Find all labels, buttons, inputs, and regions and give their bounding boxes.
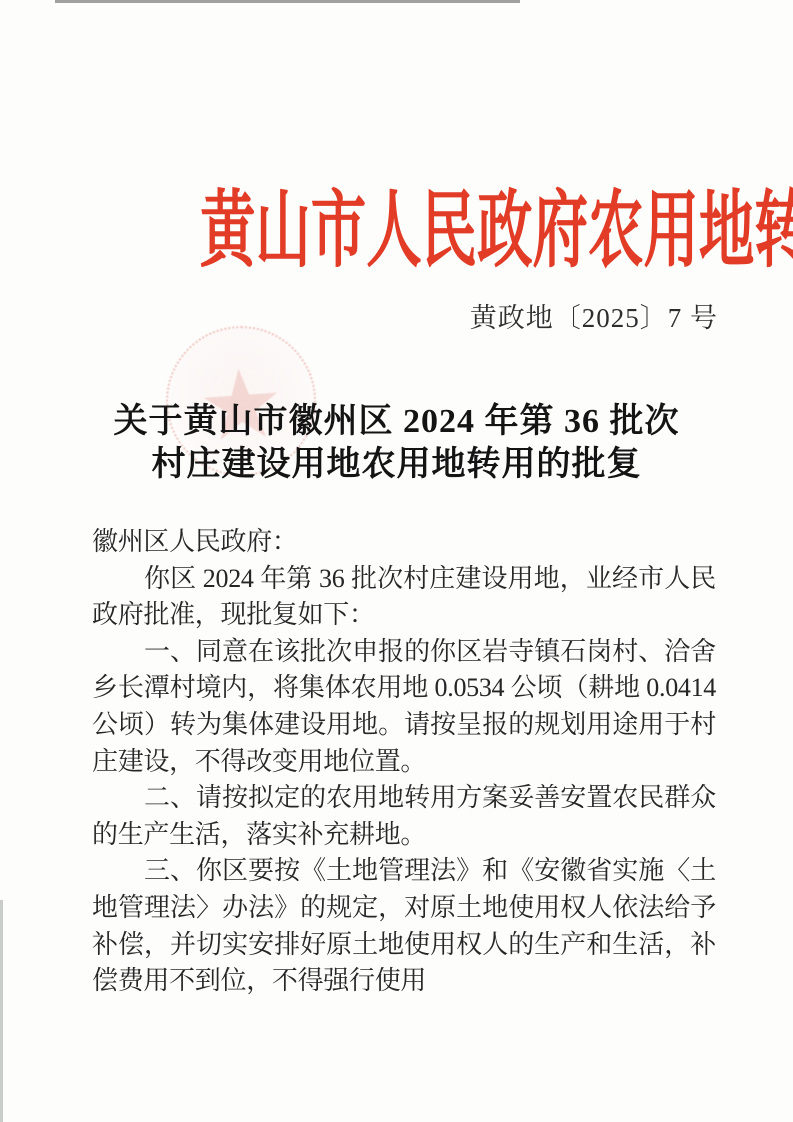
red-letterhead-title: 黄山市人民政府农用地转用批复 — [0, 182, 793, 305]
document-page: 黄山市人民政府农用地转用批复 黄政地〔2025〕7 号 ★ 关于黄山市徽州区 2… — [0, 0, 793, 1122]
body-paragraph-item-3: 三、你区要按《土地管理法》和《安徽省实施〈土地管理法〉办法》的规定，对原土地使用… — [92, 853, 716, 999]
subject-title-line2: 村庄建设用地农用地转用的批复 — [0, 443, 793, 486]
subject-title-line1: 关于黄山市徽州区 2024 年第 36 批次 — [0, 400, 793, 443]
body-paragraph-intro: 你区 2024 年第 36 批次村庄建设用地，业经市人民政府批准，现批复如下： — [92, 561, 716, 634]
body-paragraph-item-2: 二、请按拟定的农用地转用方案妥善安置农民群众的生产生活，落实补充耕地。 — [92, 780, 716, 853]
salutation: 徽州区人民政府： — [92, 524, 716, 561]
red-letterhead-title-text: 黄山市人民政府农用地转用批复 — [200, 182, 793, 282]
subject-title: 关于黄山市徽州区 2024 年第 36 批次 村庄建设用地农用地转用的批复 — [0, 400, 793, 486]
document-number: 黄政地〔2025〕7 号 — [470, 296, 718, 335]
body-paragraph-item-1: 一、同意在该批次申报的你区岩寺镇石岗村、洽舍乡长潭村境内，将集体农用地 0.05… — [92, 634, 716, 780]
scan-edge-artifact-left — [0, 900, 3, 1122]
document-body: 徽州区人民政府： 你区 2024 年第 36 批次村庄建设用地，业经市人民政府批… — [92, 524, 716, 1000]
scan-edge-artifact-top — [55, 0, 520, 3]
